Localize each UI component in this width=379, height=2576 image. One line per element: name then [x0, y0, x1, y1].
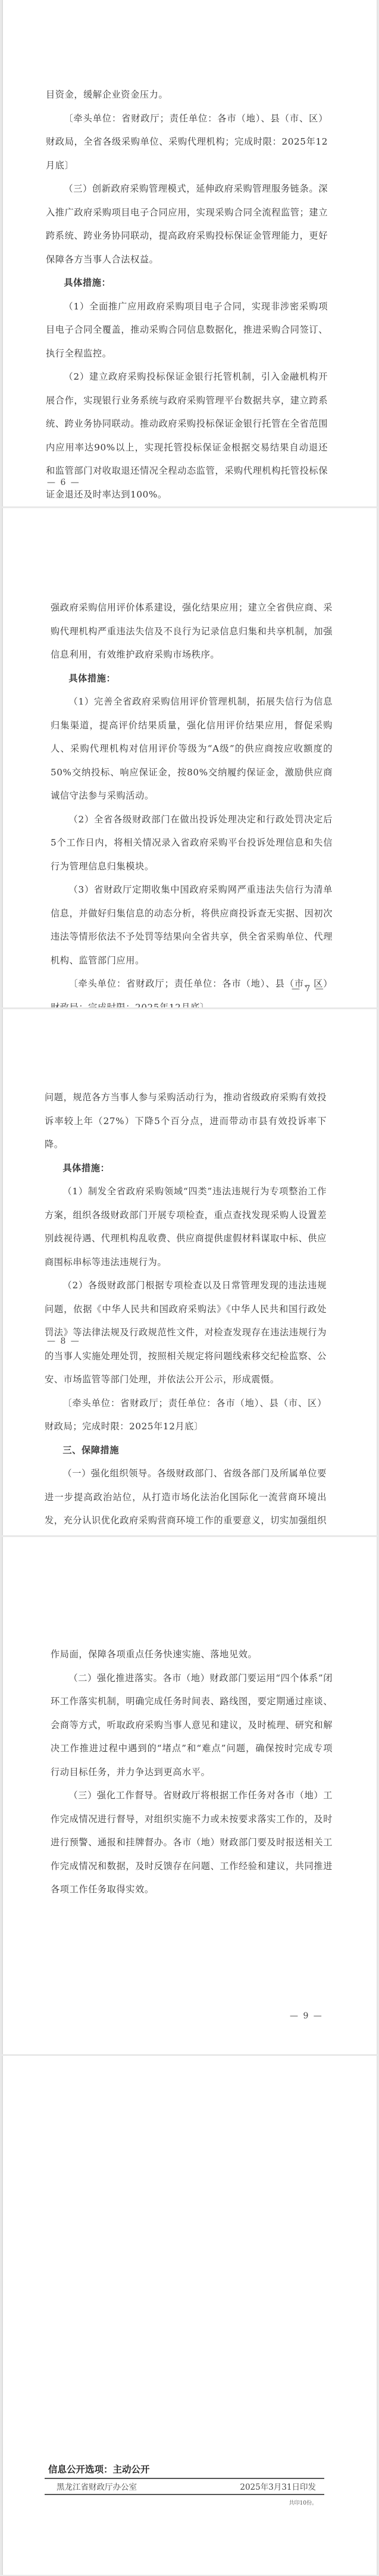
measure-item-2: （2）各级财政部门根据专项检查以及日常管理发现的违法违规问题，依据《中华人民共和…: [45, 1274, 327, 1392]
issuer: 黑龙江省财政厅办公室: [57, 2480, 137, 2492]
safeguard-item-3: （三）强化工作督导。省财政厅将根据工作任务对各市（地）工作完成情况进行督导，对组…: [51, 1784, 333, 1902]
responsibility-note: 〔牵头单位：省财政厅；责任单位：各市（地）、县（市、区）财政局，全省各级采购单位…: [46, 107, 328, 178]
measures-heading: 具体措施：: [51, 667, 333, 691]
page-number: — 6 —: [47, 478, 80, 487]
measures-heading: 具体措施：: [46, 271, 328, 295]
section-heading-3: （三）创新政府采购管理模式，延伸政府采购管理服务链条。深入推广政府采购项目电子合…: [46, 177, 328, 271]
safeguard-item-2: （二）强化推进落实。各市（地）财政部门要运用“四个体系”闭环工作落实机制，明确完…: [51, 1667, 333, 1785]
paragraph: 问题，规范各方当事人参与采购活动行为，推动省级政府采购有效投诉率较上年（27%）…: [45, 1086, 327, 1157]
document-page-colophon: 信息公开选项：主动公开 黑龙江省财政厅办公室 2025年3月31日印发 共印10…: [2, 2056, 378, 2575]
print-copies: 共印10份。: [45, 2499, 324, 2506]
page-number: — 9 —: [290, 2011, 323, 2021]
responsibility-note: 〔牵头单位：省财政厅；责任单位：各市（地）、县（市、区）财政局；完成时限：202…: [45, 1392, 327, 1439]
paragraph: 强政府采购信用评价体系建设，强化结果应用；建立全省供应商、采购代理机构严重违法失…: [51, 596, 333, 667]
issue-date: 2025年3月31日印发: [240, 2480, 316, 2492]
paragraph: 作局面，保障各项重点任务快速实施、落地见效。: [51, 1643, 333, 1667]
safeguard-item-1: （一）强化组织领导。各级财政部门、省级各部门及所属单位要进一步提高政治站位，从打…: [45, 1462, 327, 1535]
page-number: — 8 —: [47, 1336, 80, 1346]
measure-item-3: （3）省财政厅定期收集中国政府采购网严重违法失信行为清单信息，并做好归集信息的动…: [51, 878, 333, 972]
divider: [45, 2494, 324, 2495]
colophon: 信息公开选项：主动公开 黑龙江省财政厅办公室 2025年3月31日印发 共印10…: [45, 2462, 324, 2506]
measures-heading: 具体措施：: [45, 1157, 327, 1181]
document-page-9: 作局面，保障各项重点任务快速实施、落地见效。 （二）强化推进落实。各市（地）财政…: [2, 1537, 378, 2054]
measure-item-1: （1）完善全省政府采购信用评价管理机制，拓展失信行为信息归集渠道，提高评价结果质…: [51, 690, 333, 808]
page-body: 问题，规范各方当事人参与采购活动行为，推动省级政府采购有效投诉率较上年（27%）…: [45, 1086, 327, 1535]
page-body: 强政府采购信用评价体系建设，强化结果应用；建立全省供应商、采购代理机构严重违法失…: [51, 596, 333, 1007]
document-page-7: 强政府采购信用评价体系建设，强化结果应用；建立全省供应商、采购代理机构严重违法失…: [2, 508, 378, 1007]
document-page-6: 目资金，缓解企业资金压力。 〔牵头单位：省财政厅；责任单位：各市（地）、县（市、…: [2, 0, 378, 506]
page-body: 目资金，缓解企业资金压力。 〔牵头单位：省财政厅；责任单位：各市（地）、县（市、…: [46, 83, 328, 506]
chapter-heading-safeguards: 三、保障措施: [45, 1439, 327, 1463]
measure-item-1: （1）全面推广应用政府采购项目电子合同，实现非涉密采购项目电子合同全覆盖，推动采…: [46, 295, 328, 366]
issuer-row: 黑龙江省财政厅办公室 2025年3月31日印发: [45, 2479, 324, 2494]
measure-item-1: （1）制发全省政府采购领域“四类”违法违规行为专项整治工作方案，组织各级财政部门…: [45, 1180, 327, 1274]
disclosure-option: 信息公开选项：主动公开: [48, 2462, 324, 2475]
page-number: — 7 —: [292, 984, 325, 994]
page-body: 作局面，保障各项重点任务快速实施、落地见效。 （二）强化推进落实。各市（地）财政…: [51, 1643, 333, 1902]
paragraph: 目资金，缓解企业资金压力。: [46, 83, 328, 107]
responsibility-note: 〔牵头单位：省财政厅；责任单位：各市（地）、县（市、区）财政局；完成时限：202…: [51, 972, 333, 1007]
measure-item-2: （2）全省各级财政部门在做出投诉处理决定和行政处罚决定后5个工作日内，将相关情况…: [51, 808, 333, 879]
document-page-8: 问题，规范各方当事人参与采购活动行为，推动省级政府采购有效投诉率较上年（27%）…: [2, 1009, 378, 1535]
measure-item-2: （2）建立政府采购投标保证金银行托管机制，引入金融机构开展合作，实现银行业务系统…: [46, 365, 328, 506]
